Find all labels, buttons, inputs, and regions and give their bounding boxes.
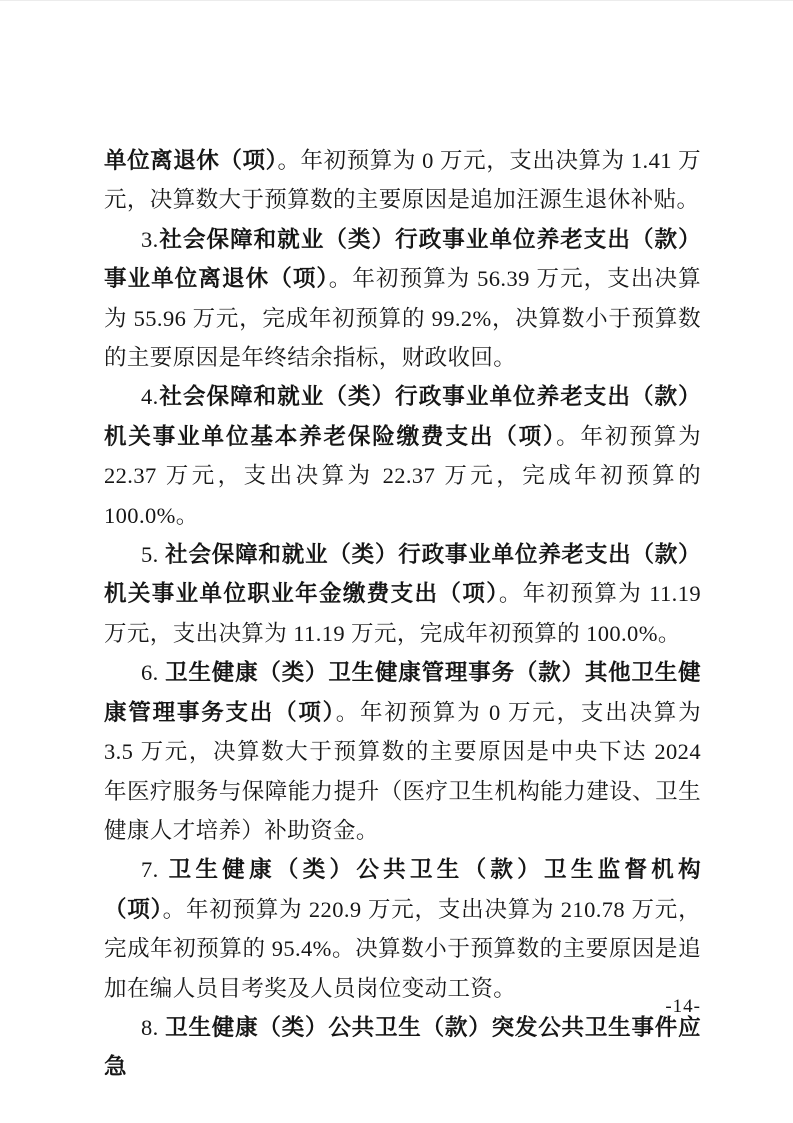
document-body: 单位离退休（项）。年初预算为 0 万元，支出决算为 1.41 万元，决算数大于预… <box>104 141 701 1087</box>
paragraph-number: 7. <box>141 857 169 882</box>
paragraph-body-text: 。年初预算为 220.9 万元，支出决算为 210.78 万元，完成年初预算的 … <box>104 897 701 1001</box>
paragraph-heading: 卫生健康（类）公共卫生（款）突发公共卫生事件应急 <box>104 1015 701 1079</box>
paragraph: 单位离退休（项）。年初预算为 0 万元，支出决算为 1.41 万元，决算数大于预… <box>104 141 701 220</box>
paragraph: 6. 卫生健康（类）卫生健康管理事务（款）其他卫生健康管理事务支出（项）。年初预… <box>104 653 701 850</box>
page-number: -14- <box>104 995 701 1019</box>
paragraph: 3.社会保障和就业（类）行政事业单位养老支出（款）事业单位离退休（项）。年初预算… <box>104 220 701 378</box>
paragraph-number: 3. <box>141 227 159 252</box>
paragraph: 8. 卫生健康（类）公共卫生（款）突发公共卫生事件应急 <box>104 1008 701 1087</box>
document-page: 单位离退休（项）。年初预算为 0 万元，支出决算为 1.41 万元，决算数大于预… <box>0 0 793 1123</box>
paragraph: 7. 卫生健康（类）公共卫生（款）卫生监督机构（项）。年初预算为 220.9 万… <box>104 850 701 1008</box>
paragraph-number: 5. <box>141 542 165 567</box>
paragraph-number: 4. <box>141 384 159 409</box>
paragraph: 5. 社会保障和就业（类）行政事业单位养老支出（款）机关事业单位职业年金缴费支出… <box>104 535 701 653</box>
paragraph: 4.社会保障和就业（类）行政事业单位养老支出（款）机关事业单位基本养老保险缴费支… <box>104 377 701 535</box>
paragraph-heading: 单位离退休（项） <box>104 148 277 173</box>
paragraph-number: 6. <box>141 660 165 685</box>
